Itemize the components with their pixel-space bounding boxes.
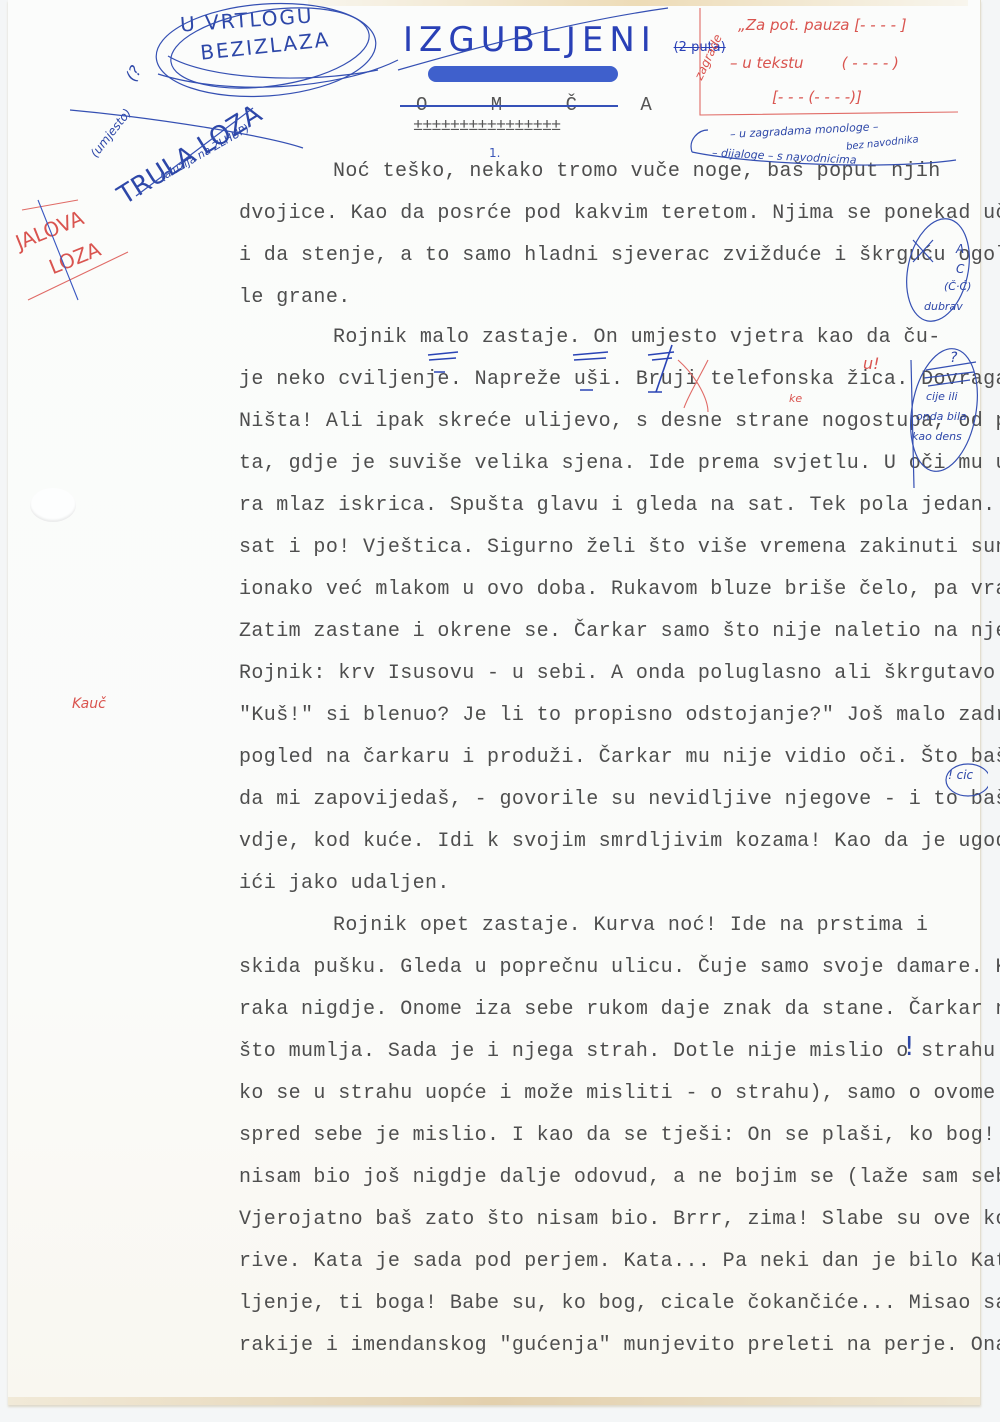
margin-note-1a: A bbox=[956, 242, 964, 256]
text-line: Zatim zastane i okrene se. Čarkar samo š… bbox=[239, 620, 1000, 643]
text-line: rakije i imendanskog "gućenja" munjevito… bbox=[239, 1334, 1000, 1357]
annotation-blue-note2: bez navodnika bbox=[846, 134, 920, 153]
margin-note-cic: ! cic bbox=[948, 768, 973, 782]
text-line: "Kuš!" si blenuo? Je li to propisno odst… bbox=[239, 704, 1000, 727]
scribbled-out-title bbox=[428, 66, 618, 82]
annotation-blue-note1: – u zagradama monologe – bbox=[730, 120, 879, 141]
text-line: ra mlaz iskrica. Spušta glavu i gleda na… bbox=[239, 494, 1000, 517]
text-line: spred sebe je mislio. I kao da se tješi:… bbox=[239, 1124, 1000, 1147]
margin-note-kauc: Kauč bbox=[72, 696, 106, 712]
annotation-umjesto: (umjesto) bbox=[88, 106, 135, 160]
text-line: Vjerojatno baš zato što nisam bio. Brrr,… bbox=[239, 1208, 1000, 1231]
annotation-red-line1: „Za pot. pauza [- - - - ] bbox=[738, 16, 907, 34]
text-line: ta, gdje je suviše velika sjena. Ide pre… bbox=[239, 452, 1000, 475]
margin-note-2c: onda bila bbox=[916, 410, 967, 423]
text-line: da mi zapovijedaš, - govorile su nevidlj… bbox=[239, 788, 1000, 811]
chapter-number: 1. bbox=[489, 146, 500, 160]
annotation-red-line3: [- - - (- - - -)] bbox=[772, 88, 862, 106]
paper-stain bbox=[308, 0, 968, 6]
text-line: vdje, kod kuće. Idi k svojim smrdljivim … bbox=[239, 830, 1000, 853]
margin-note-2d: kao dens bbox=[912, 430, 962, 443]
text-line: što mumlja. Sada je i njega strah. Dotle… bbox=[239, 1040, 1000, 1063]
text-line: ionako već mlakom u ovo doba. Rukavom bl… bbox=[239, 578, 1000, 601]
strike-line bbox=[400, 105, 618, 107]
margin-note-1d: dubrav bbox=[924, 300, 963, 313]
text-line: ići jako udaljen. bbox=[239, 872, 450, 895]
text-line: pogled na čarkaru i produži. Čarkar mu n… bbox=[239, 746, 1000, 769]
text-line: sat i po! Vještica. Sigurno želi što viš… bbox=[239, 536, 1000, 559]
text-line: Ništa! Ali ipak skreće ulijevo, s desne … bbox=[239, 410, 1000, 433]
handwritten-title: IZGUBLJENI (2 puta) bbox=[403, 20, 726, 60]
margin-note-exclaim: ! bbox=[904, 1032, 914, 1062]
text-line: i da stenje, a to samo hladni sjeverac z… bbox=[239, 244, 1000, 267]
punch-hole bbox=[30, 488, 76, 522]
text-line: le grane. bbox=[239, 286, 351, 309]
text-line: nisam bio još nigdje dalje odovud, a ne … bbox=[239, 1166, 1000, 1189]
annotation-correction-ke: ke bbox=[789, 392, 802, 405]
text-line: skida pušku. Gleda u poprečnu ulicu. Čuj… bbox=[239, 956, 1000, 979]
margin-note-2b: cije ili bbox=[926, 390, 958, 403]
margin-note-1c: (Č·Ć) bbox=[944, 280, 971, 293]
manuscript-page: IZGUBLJENI (2 puta) O M Č A ±±±±±±±±±±±±… bbox=[8, 0, 981, 1405]
annotation-question: (? bbox=[121, 62, 145, 84]
annotation-loza: LOZA bbox=[45, 237, 104, 279]
text-line: raka nigdje. Onome iza sebe rukom daje z… bbox=[239, 998, 1000, 1021]
text-line: rive. Kata je sada pod perjem. Kata... P… bbox=[239, 1250, 1000, 1273]
text-line: Rojnik malo zastaje. On umjesto vjetra k… bbox=[333, 326, 941, 349]
text-line: je neko cviljenje. Napreže uši. Bruji te… bbox=[239, 368, 1000, 391]
annotation-correction-u: u! bbox=[863, 354, 880, 373]
text-line: dvojice. Kao da posrće pod kakvim tereto… bbox=[239, 202, 1000, 225]
margin-note-1b: C bbox=[956, 262, 964, 276]
text-line: Rojnik opet zastaje. Kurva noć! Ide na p… bbox=[333, 914, 928, 937]
text-line: ko se u strahu uopće i može misliti - o … bbox=[239, 1082, 1000, 1105]
title-underline: ±±±±±±±±±±±±±±±± bbox=[413, 117, 560, 136]
margin-note-2a: ? bbox=[950, 350, 957, 366]
text-line: Rojnik: krv Isusovu - u sebi. A onda pol… bbox=[239, 662, 1000, 685]
text-line: ljenje, ti boga! Babe su, ko bog, cicale… bbox=[239, 1292, 1000, 1315]
annotation-red-line2: – u tekstu ( - - - - ) bbox=[730, 54, 899, 72]
